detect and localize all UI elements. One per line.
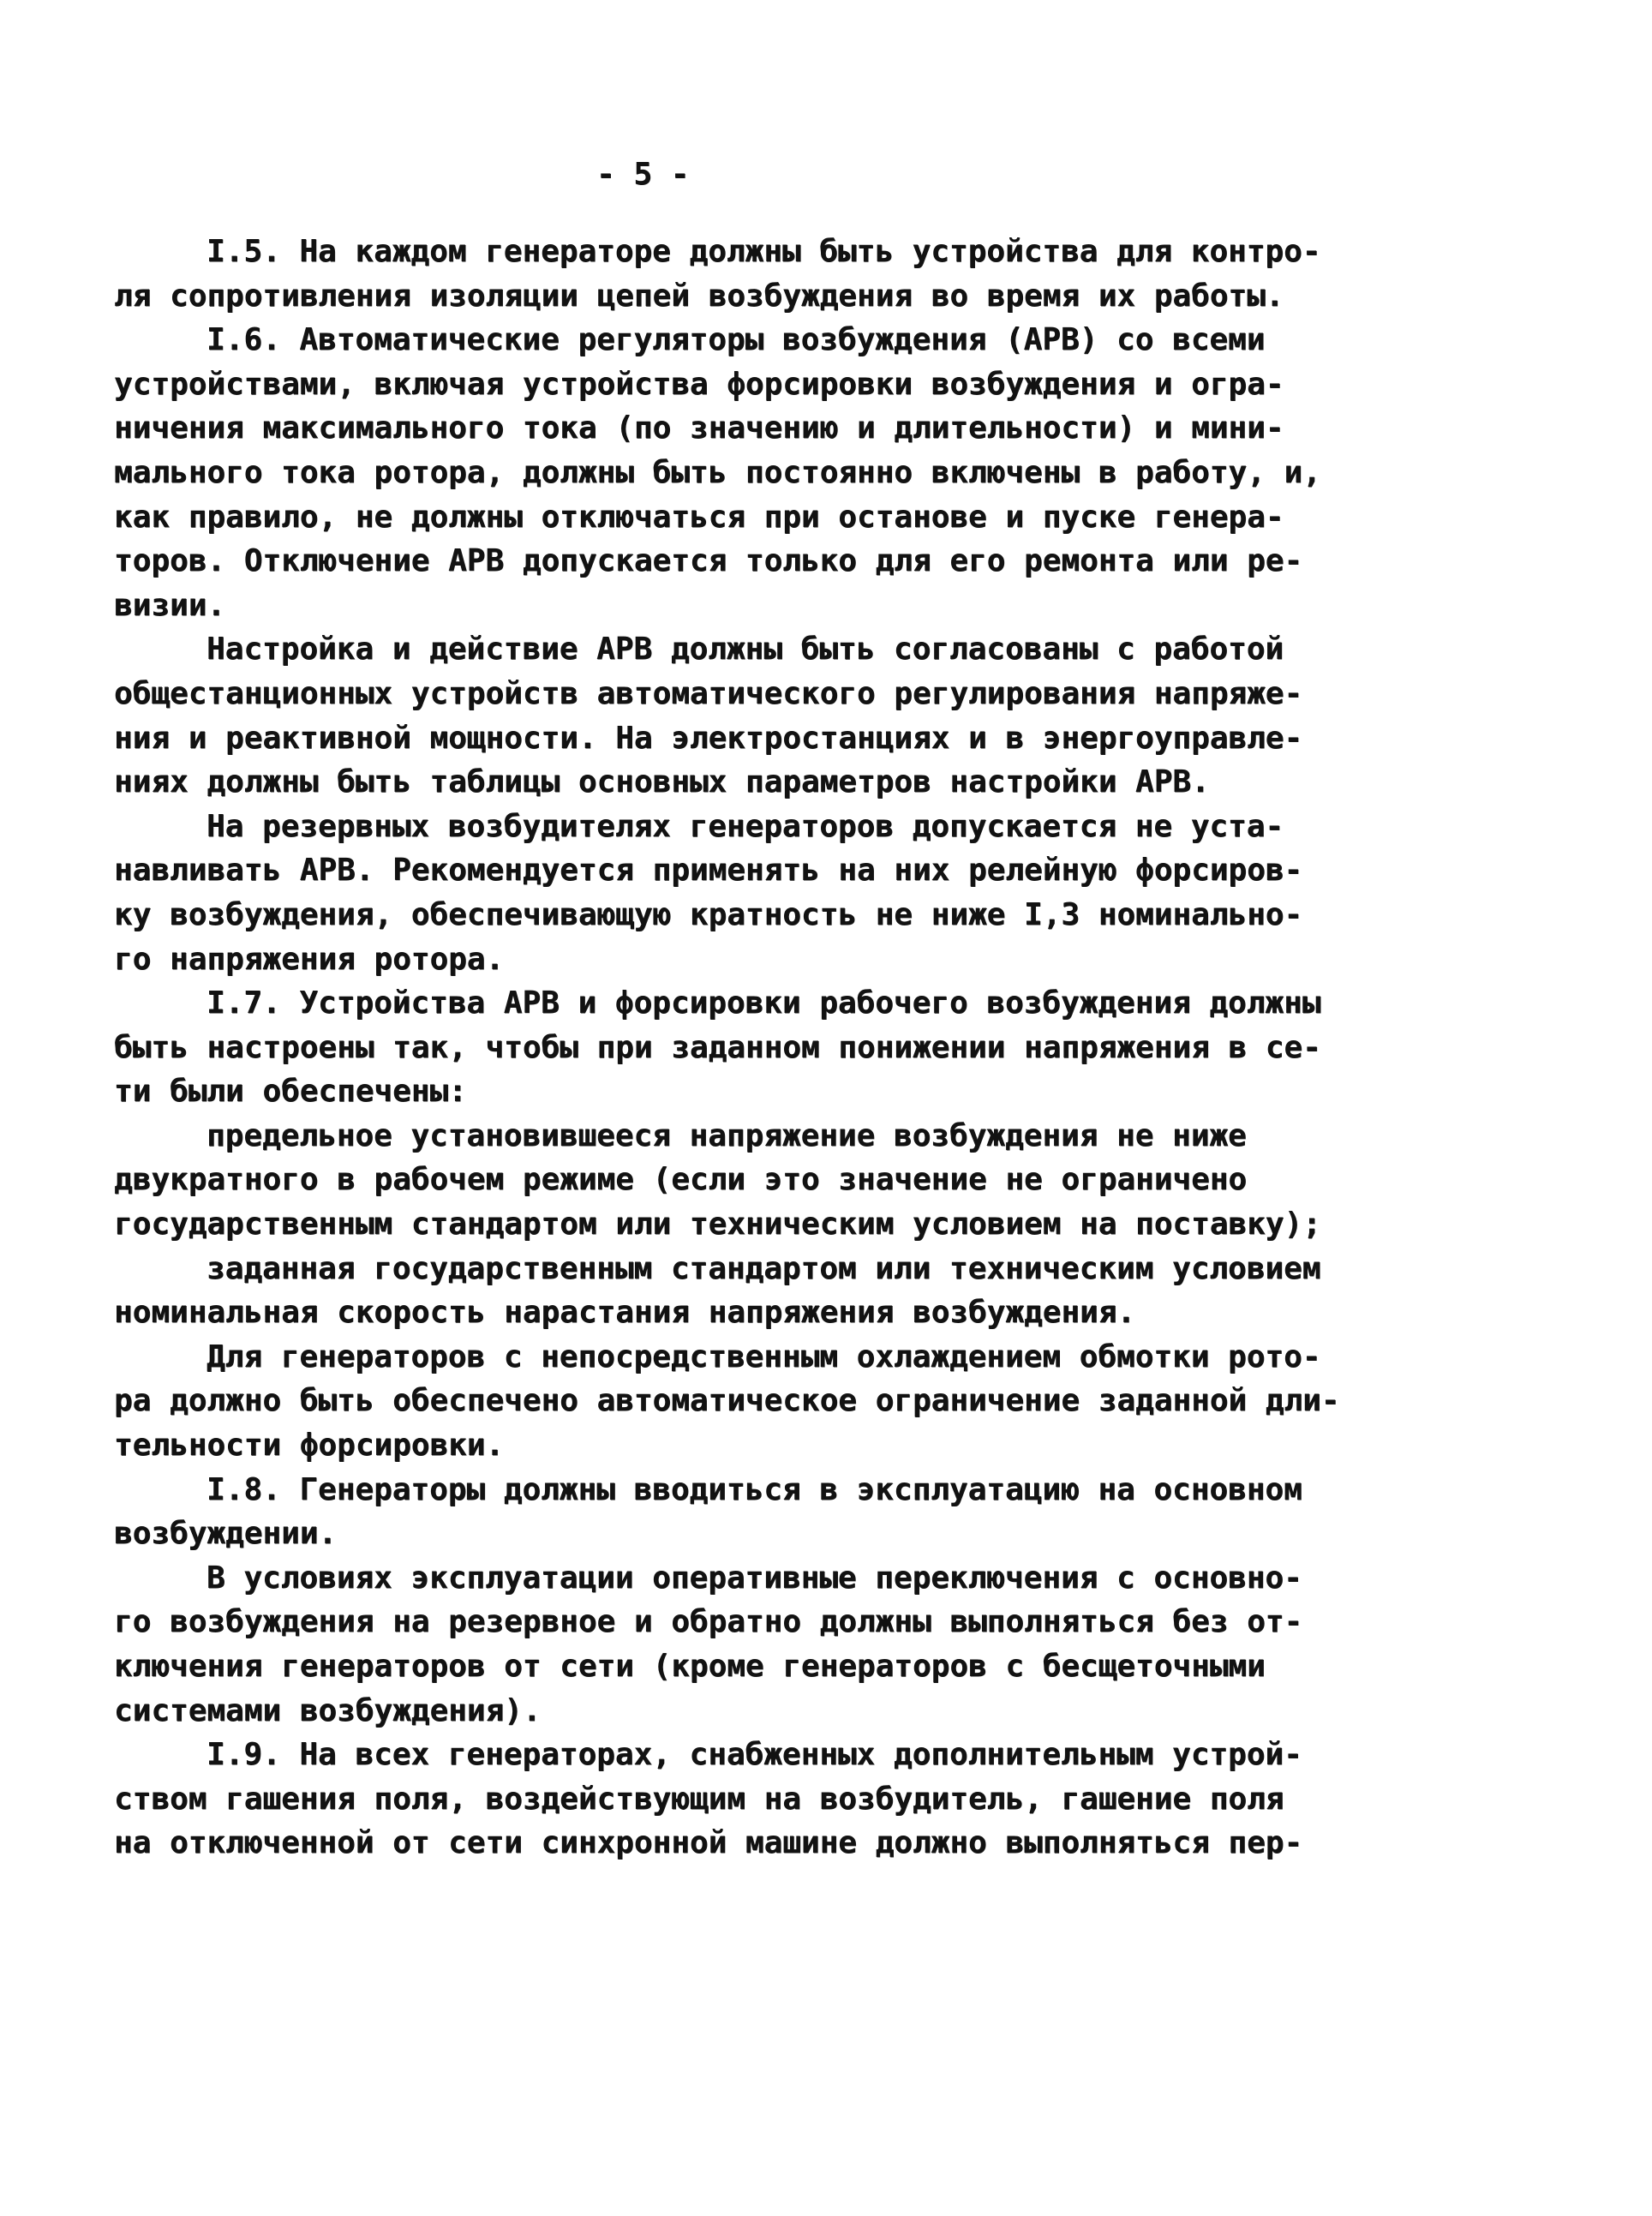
- text-line: В условиях эксплуатации оперативные пере…: [114, 1556, 1374, 1601]
- text-line: ничения максимального тока (по значению …: [114, 406, 1374, 451]
- paragraph: Настройка и действие АРВ должны быть сог…: [114, 627, 1374, 804]
- text-line: возбуждении.: [114, 1512, 1374, 1556]
- text-line: мального тока ротора, должны быть постоя…: [114, 451, 1374, 495]
- text-line: ниях должны быть таблицы основных параме…: [114, 760, 1374, 805]
- paragraph: Для генераторов с непосредственным охлаж…: [114, 1335, 1374, 1468]
- text-line: го напряжения ротора.: [114, 937, 1374, 982]
- text-line: предельное установившееся напряжение воз…: [114, 1114, 1374, 1159]
- paragraph: I.8. Генераторы должны вводиться в экспл…: [114, 1468, 1374, 1556]
- text-line: ключения генераторов от сети (кроме гене…: [114, 1644, 1374, 1689]
- text-line: как правило, не должны отключаться при о…: [114, 495, 1374, 540]
- text-line: тельности форсировки.: [114, 1423, 1374, 1468]
- document-page: - 5 - I.5. На каждом генераторе должны б…: [0, 0, 1652, 2216]
- text-line: Настройка и действие АРВ должны быть сог…: [114, 627, 1374, 672]
- paragraph: На резервных возбудителях генераторов до…: [114, 805, 1374, 981]
- text-line: ра должно быть обеспечено автоматическое…: [114, 1379, 1374, 1423]
- paragraph: I.5. На каждом генераторе должны быть ус…: [114, 230, 1374, 318]
- text-line: системами возбуждения).: [114, 1689, 1374, 1734]
- text-line: Для генераторов с непосредственным охлаж…: [114, 1335, 1374, 1380]
- text-line: торов. Отключение АРВ допускается только…: [114, 539, 1374, 584]
- text-line: го возбуждения на резервное и обратно до…: [114, 1600, 1374, 1644]
- text-line: I.7. Устройства АРВ и форсировки рабочег…: [114, 981, 1374, 1026]
- paragraph: предельное установившееся напряжение воз…: [114, 1114, 1374, 1247]
- text-line: общестанционных устройств автоматическог…: [114, 672, 1374, 716]
- text-line: I.8. Генераторы должны вводиться в экспл…: [114, 1468, 1374, 1512]
- text-line: визии.: [114, 584, 1374, 628]
- text-line: ния и реактивной мощности. На электроста…: [114, 716, 1374, 761]
- paragraph: I.9. На всех генераторах, снабженных доп…: [114, 1733, 1374, 1866]
- text-line: навливать АРВ. Рекомендуется применять н…: [114, 848, 1374, 893]
- text-line: I.6. Автоматические регуляторы возбужден…: [114, 318, 1374, 362]
- text-line: ку возбуждения, обеспечивающую кратность…: [114, 893, 1374, 937]
- text-line: заданная государственным стандартом или …: [114, 1247, 1374, 1291]
- text-line: На резервных возбудителях генераторов до…: [114, 805, 1374, 849]
- page-number: - 5 -: [596, 157, 689, 192]
- text-line: ти были обеспечены:: [114, 1069, 1374, 1114]
- text-line: I.5. На каждом генераторе должны быть ус…: [114, 230, 1374, 274]
- text-line: быть настроены так, чтобы при заданном п…: [114, 1026, 1374, 1070]
- paragraph: I.6. Автоматические регуляторы возбужден…: [114, 318, 1374, 627]
- text-line: государственным стандартом или техническ…: [114, 1202, 1374, 1247]
- paragraph: В условиях эксплуатации оперативные пере…: [114, 1556, 1374, 1733]
- text-line: устройствами, включая устройства форсиро…: [114, 362, 1374, 407]
- text-line: ством гашения поля, воздействующим на во…: [114, 1777, 1374, 1822]
- paragraph: I.7. Устройства АРВ и форсировки рабочег…: [114, 981, 1374, 1114]
- text-line: двукратного в рабочем режиме (если это з…: [114, 1158, 1374, 1202]
- text-line: I.9. На всех генераторах, снабженных доп…: [114, 1733, 1374, 1777]
- paragraph: заданная государственным стандартом или …: [114, 1247, 1374, 1335]
- text-line: ля сопротивления изоляции цепей возбужде…: [114, 274, 1374, 319]
- document-text-block: I.5. На каждом генераторе должны быть ус…: [114, 230, 1374, 1866]
- text-line: на отключенной от сети синхронной машине…: [114, 1821, 1374, 1866]
- text-line: номинальная скорость нарастания напряжен…: [114, 1291, 1374, 1335]
